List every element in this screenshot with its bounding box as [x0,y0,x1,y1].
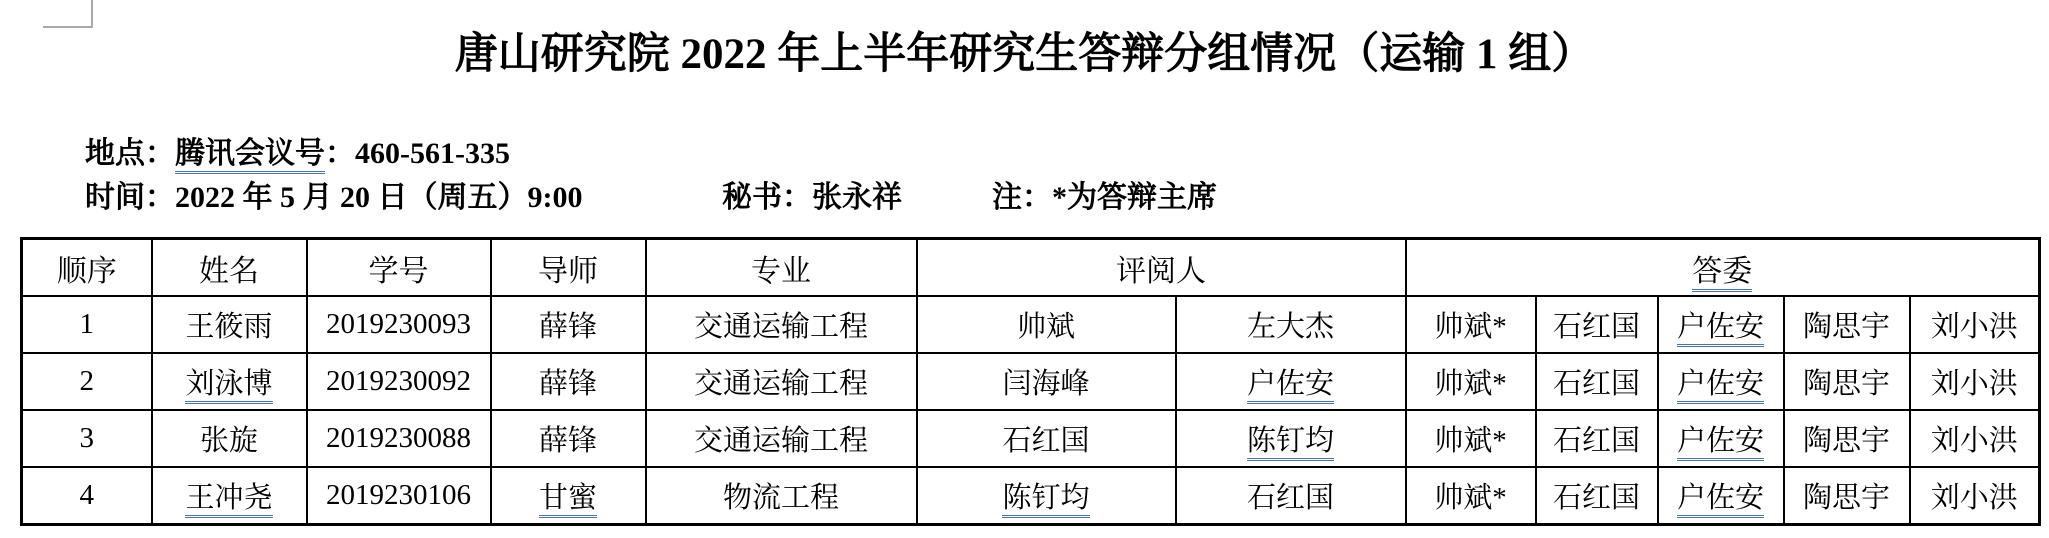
cell-text: 石红国 [1247,482,1334,514]
table-cell: 薛锋 [491,353,646,410]
cell-text: 张旋 [200,425,258,457]
header-name: 姓名 [152,239,307,297]
underlined-name-text: 陈钉均 [1247,425,1334,461]
underlined-name-text: 户佐安 [1677,311,1764,347]
header-committee-text: 答委 [1692,255,1752,292]
cell-text: 2019230106 [326,479,471,511]
table-cell: 刘小洪 [1910,410,2040,467]
underlined-name-text: 甘蜜 [539,482,597,518]
cell-text: 陶思宇 [1803,425,1890,457]
table-cell: 物流工程 [646,467,917,525]
underlined-name-text: 户佐安 [1677,425,1764,461]
cell-text: 陶思宇 [1803,368,1890,400]
cell-text: 交通运输工程 [694,311,868,343]
cell-text: 帅斌* [1434,368,1507,400]
table-cell: 石红国 [1536,296,1658,353]
table-cell: 帅斌 [917,296,1176,353]
cell-text: 交通运输工程 [694,425,868,457]
cell-text: 物流工程 [723,482,839,514]
secretary-text: 秘书：张永祥 [722,172,902,216]
cell-text: 石红国 [1553,482,1640,514]
table-cell: 户佐安 [1658,353,1784,410]
cell-text: 薛锋 [539,425,597,457]
table-body: 1王筱雨2019230093薛锋交通运输工程帅斌左大杰帅斌*石红国户佐安陶思宇刘… [22,296,2040,525]
table-cell: 刘泳博 [152,353,307,410]
cell-text: 3 [80,422,95,454]
cell-text: 刘小洪 [1931,311,2018,343]
table-row: 2刘泳博2019230092薛锋交通运输工程闫海峰户佐安帅斌*石红国户佐安陶思宇… [22,353,2040,410]
table-cell: 石红国 [1536,410,1658,467]
underlined-name-text: 陈钉均 [1002,482,1089,518]
meeting-platform-link[interactable]: 腾讯会议号 [175,137,325,174]
table-cell: 王冲尧 [152,467,307,525]
table-cell: 帅斌* [1406,467,1536,525]
table-header-row: 顺序 姓名 学号 导师 专业 评阅人 答委 [22,239,2040,297]
cell-text: 石红国 [1553,425,1640,457]
location-line: 地点：腾讯会议号：460-561-335 [85,128,510,172]
underlined-name-text: 户佐安 [1677,368,1764,404]
header-student-id: 学号 [307,239,491,297]
header-committee: 答委 [1406,239,2040,297]
location-label: 地点： [85,137,175,170]
table-cell: 户佐安 [1658,296,1784,353]
cell-text: 陶思宇 [1803,482,1890,514]
cell-text: 刘小洪 [1931,425,2018,457]
cell-text: 1 [80,308,95,340]
cell-text: 薛锋 [539,368,597,400]
cell-text: 2 [80,365,95,397]
table-cell: 帅斌* [1406,353,1536,410]
note-text: 注：*为答辩主席 [992,172,1217,216]
defense-group-table: 顺序 姓名 学号 导师 专业 评阅人 答委 1王筱雨2019230093薛锋交通… [20,237,2041,526]
cell-text: 交通运输工程 [694,368,868,400]
table-cell: 石红国 [1536,467,1658,525]
table-cell: 交通运输工程 [646,410,917,467]
table-row: 3张旋2019230088薛锋交通运输工程石红国陈钉均帅斌*石红国户佐安陶思宇刘… [22,410,2040,467]
underlined-name-text: 户佐安 [1247,368,1334,404]
page-title: 唐山研究院 2022 年上半年研究生答辩分组情况（运输 1 组） [0,20,2049,81]
table-cell: 交通运输工程 [646,296,917,353]
table-cell: 帅斌* [1406,410,1536,467]
table-cell: 陶思宇 [1784,467,1910,525]
cell-text: 王筱雨 [185,311,272,343]
table-cell: 1 [22,296,152,353]
header-major: 专业 [646,239,917,297]
table-cell: 陶思宇 [1784,410,1910,467]
cell-text: 石红国 [1553,368,1640,400]
table-cell: 帅斌* [1406,296,1536,353]
cell-text: 左大杰 [1247,311,1334,343]
location-colon: ： [325,137,355,170]
cell-text: 石红国 [1553,311,1640,343]
cell-text: 4 [80,479,95,511]
underlined-name-text: 刘泳博 [185,368,272,404]
table-cell: 2019230088 [307,410,491,467]
cell-text: 薛锋 [539,311,597,343]
time-text: 时间：2022 年 5 月 20 日（周五）9:00 [85,172,583,216]
table-cell: 左大杰 [1176,296,1406,353]
table-cell: 石红国 [917,410,1176,467]
cell-text: 刘小洪 [1931,482,2018,514]
header-order: 顺序 [22,239,152,297]
cell-text: 帅斌* [1434,425,1507,457]
table-cell: 户佐安 [1658,410,1784,467]
cell-text: 石红国 [1002,425,1089,457]
table-cell: 甘蜜 [491,467,646,525]
table-cell: 石红国 [1536,353,1658,410]
table-cell: 薛锋 [491,410,646,467]
table-cell: 户佐安 [1176,353,1406,410]
meta-line: 时间：2022 年 5 月 20 日（周五）9:00 秘书：张永祥 注：*为答辩… [0,172,2049,212]
table-cell: 2019230106 [307,467,491,525]
table-cell: 陈钉均 [1176,410,1406,467]
table-cell: 2019230093 [307,296,491,353]
table-cell: 刘小洪 [1910,296,2040,353]
header-reviewers: 评阅人 [917,239,1406,297]
cell-text: 2019230088 [326,422,471,454]
cell-text: 帅斌* [1434,311,1507,343]
table-cell: 3 [22,410,152,467]
meeting-number: 460-561-335 [355,137,510,170]
table-cell: 刘小洪 [1910,353,2040,410]
cell-text: 陶思宇 [1803,311,1890,343]
underlined-name-text: 王冲尧 [185,482,272,518]
table-cell: 薛锋 [491,296,646,353]
table-cell: 张旋 [152,410,307,467]
cell-text: 2019230092 [326,365,471,397]
table-cell: 闫海峰 [917,353,1176,410]
table-cell: 4 [22,467,152,525]
table-cell: 2 [22,353,152,410]
cell-text: 2019230093 [326,308,471,340]
table-cell: 户佐安 [1658,467,1784,525]
cell-text: 帅斌* [1434,482,1507,514]
underlined-name-text: 户佐安 [1677,482,1764,518]
header-advisor: 导师 [491,239,646,297]
cell-text: 闫海峰 [1002,368,1089,400]
table-cell: 陈钉均 [917,467,1176,525]
table-cell: 2019230092 [307,353,491,410]
table-cell: 陶思宇 [1784,296,1910,353]
table-row: 1王筱雨2019230093薛锋交通运输工程帅斌左大杰帅斌*石红国户佐安陶思宇刘… [22,296,2040,353]
table-cell: 刘小洪 [1910,467,2040,525]
cell-text: 帅斌 [1017,311,1075,343]
table-row: 4王冲尧2019230106甘蜜物流工程陈钉均石红国帅斌*石红国户佐安陶思宇刘小… [22,467,2040,525]
cell-text: 刘小洪 [1931,368,2018,400]
table-cell: 石红国 [1176,467,1406,525]
table-cell: 交通运输工程 [646,353,917,410]
table-cell: 王筱雨 [152,296,307,353]
table-cell: 陶思宇 [1784,353,1910,410]
